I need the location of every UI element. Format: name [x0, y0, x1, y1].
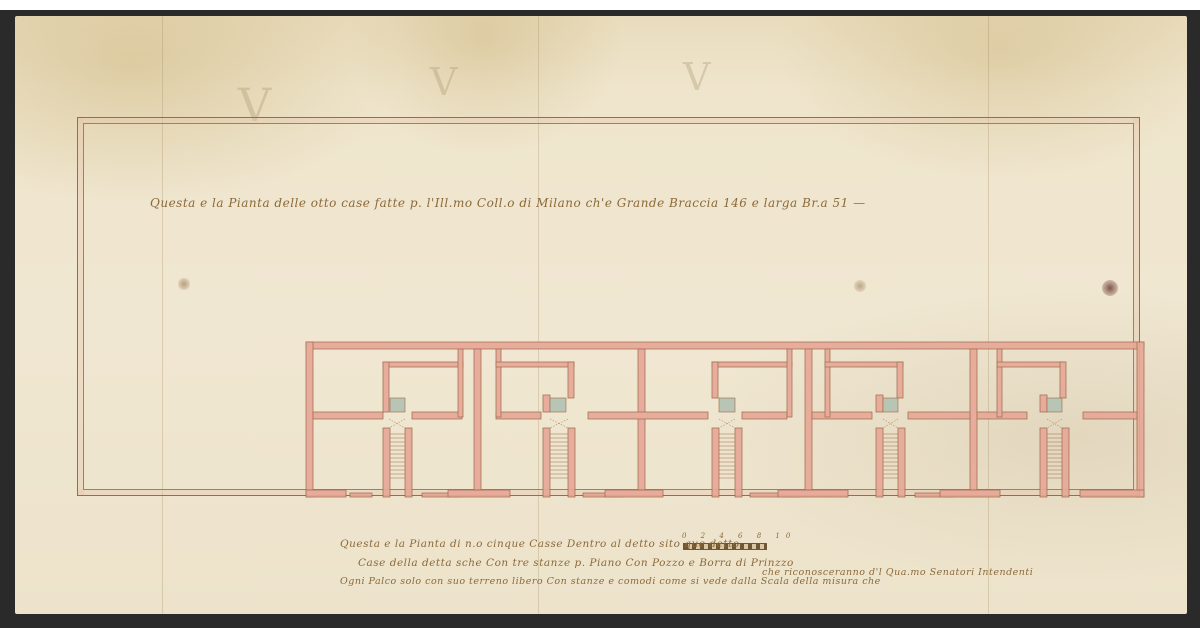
- caption-bottom-line-1: Questa e la Pianta di n.o cinque Casse D…: [340, 538, 740, 550]
- wall-top: [306, 342, 1144, 349]
- stair-treads: [1047, 434, 1062, 478]
- stair-landing: [390, 398, 405, 412]
- stair-treads: [719, 434, 735, 478]
- stair-landing: [550, 398, 566, 412]
- stair-landing: [883, 398, 898, 412]
- stair-treads: [390, 434, 405, 478]
- caption-bottom-tail: che riconosceranno d'l Qua.mo Senatori I…: [762, 567, 1033, 578]
- wall-right: [1137, 342, 1144, 497]
- stair-treads: [550, 434, 568, 478]
- stair-landing: [1047, 398, 1062, 412]
- wall-left: [306, 342, 313, 497]
- stair-landing: [719, 398, 735, 412]
- floor-plan: [0, 0, 1200, 628]
- stair-treads: [883, 434, 898, 478]
- caption-bottom-line-2: Case della detta sche Con tre stanze p. …: [358, 557, 794, 569]
